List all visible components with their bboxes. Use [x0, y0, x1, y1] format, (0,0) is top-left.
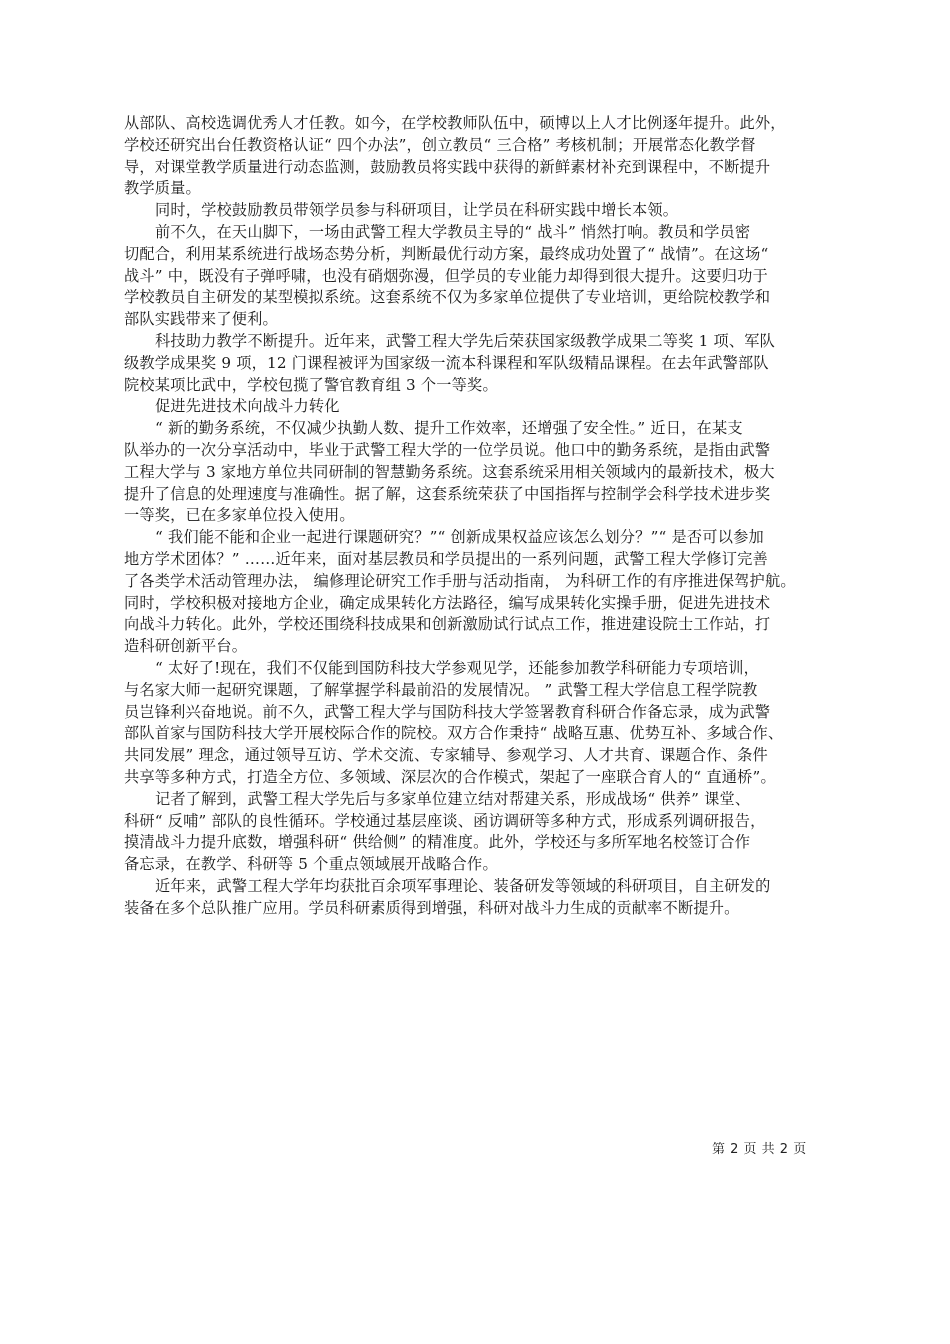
paragraph-start-line: “ 太好了!现在，我们不仅能到国防科技大学参观见学，还能参加教学科研能力专项培训… — [124, 658, 840, 680]
document-page: 从部队、高校选调优秀人才任教。如今，在学校教师队伍中，硕博以上人才比例逐年提升。… — [0, 0, 950, 1344]
text-line: 学校还研究出台任教资格认证“ 四个办法”，创立教员“ 三合格” 考核机制；开展常… — [124, 135, 840, 157]
text-line: 学校教员自主研发的某型模拟系统。这套系统不仅为多家单位提供了专业培训，更给院校教… — [124, 287, 840, 309]
text-line: 装备在多个总队推广应用。学员科研素质得到增强，科研对战斗力生成的贡献率不断提升。 — [124, 898, 840, 920]
text-line: 了各类学术活动管理办法， 编修理论研究工作手册与活动指南， 为科研工作的有序推进… — [124, 571, 840, 593]
text-line: 同时，学校积极对接地方企业，确定成果转化方法路径，编写成果转化实操手册，促进先进… — [124, 593, 840, 615]
text-line: 与名家大师一起研究课题，了解掌握学科最前沿的发展情况。 ” 武警工程大学信息工程… — [124, 680, 840, 702]
text-line: 导，对课堂教学质量进行动态监测，鼓励教员将实践中获得的新鲜素材补充到课程中，不断… — [124, 157, 840, 179]
text-line: 战斗” 中，既没有子弹呼啸，也没有硝烟弥漫，但学员的专业能力却得到很大提升。这要… — [124, 266, 840, 288]
paragraph-start-line: 同时，学校鼓励教员带领学员参与科研项目，让学员在科研实践中增长本领。 — [124, 200, 840, 222]
article-body: 从部队、高校选调优秀人才任教。如今，在学校教师队伍中，硕博以上人才比例逐年提升。… — [124, 113, 840, 919]
text-line: 科研“ 反哺” 部队的良性循环。学校通过基层座谈、函访调研等多种方式，形成系列调… — [124, 811, 840, 833]
text-line: 提升了信息的处理速度与准确性。据了解，这套系统荣获了中国指挥与控制学会科学技术进… — [124, 484, 840, 506]
paragraph-start-line: 前不久，在天山脚下，一场由武警工程大学教员主导的“ 战斗” 悄然打响。教员和学员… — [124, 222, 840, 244]
text-line: 教学质量。 — [124, 178, 840, 200]
text-line: 工程大学与 3 家地方单位共同研制的智慧勤务系统。这套系统采用相关领域内的最新技… — [124, 462, 840, 484]
text-line: 向战斗力转化。此外，学校还围绕科技成果和创新激励试行试点工作，推进建设院士工作站… — [124, 614, 840, 636]
section-heading: 促进先进技术向战斗力转化 — [124, 396, 840, 418]
text-line: 共享等多种方式，打造全方位、多领域、深层次的合作模式，架起了一座联合育人的“ 直… — [124, 767, 840, 789]
text-line: 级教学成果奖 9 项，12 门课程被评为国家级一流本科课程和军队级精品课程。在去… — [124, 353, 840, 375]
text-line: 部队实践带来了便利。 — [124, 309, 840, 331]
text-line: 队举办的一次分享活动中，毕业于武警工程大学的一位学员说。他口中的勤务系统，是指由… — [124, 440, 840, 462]
text-line: 摸清战斗力提升底数，增强科研“ 供给侧” 的精准度。此外，学校还与多所军地名校签… — [124, 832, 840, 854]
text-line: 院校某项比武中，学校包揽了警官教育组 3 个一等奖。 — [124, 375, 840, 397]
page-number-footer: 第 2 页 共 2 页 — [712, 1138, 807, 1157]
text-line: 从部队、高校选调优秀人才任教。如今，在学校教师队伍中，硕博以上人才比例逐年提升。… — [124, 113, 840, 135]
paragraph-start-line: 科技助力教学不断提升。近年来，武警工程大学先后荣获国家级教学成果二等奖 1 项、… — [124, 331, 840, 353]
text-line: 员岂锋利兴奋地说。前不久，武警工程大学与国防科技大学签署教育科研合作备忘录，成为… — [124, 702, 840, 724]
text-line: 地方学术团体？” ……近年来，面对基层教员和学员提出的一系列问题，武警工程大学修… — [124, 549, 840, 571]
text-line: 共同发展” 理念，通过领导互访、学术交流、专家辅导、参观学习、人才共育、课题合作… — [124, 745, 840, 767]
text-line: 备忘录，在教学、科研等 5 个重点领域展开战略合作。 — [124, 854, 840, 876]
text-line: 切配合，利用某系统进行战场态势分析，判断最优行动方案，最终成功处置了“ 战情”。… — [124, 244, 840, 266]
paragraph-start-line: 近年来，武警工程大学年均获批百余项军事理论、装备研发等领域的科研项目，自主研发的 — [124, 876, 840, 898]
text-line: 造科研创新平台。 — [124, 636, 840, 658]
text-line: 一等奖，已在多家单位投入使用。 — [124, 505, 840, 527]
paragraph-start-line: “ 我们能不能和企业一起进行课题研究？”“ 创新成果权益应该怎么划分？”“ 是否… — [124, 527, 840, 549]
text-line: 部队首家与国防科技大学开展校际合作的院校。双方合作秉持“ 战略互惠、优势互补、多… — [124, 723, 840, 745]
paragraph-start-line: 记者了解到，武警工程大学先后与多家单位建立结对帮建关系，形成战场“ 供养” 课堂… — [124, 789, 840, 811]
paragraph-start-line: “ 新的勤务系统，不仅减少执勤人数、提升工作效率，还增强了安全性。” 近日，在某… — [124, 418, 840, 440]
